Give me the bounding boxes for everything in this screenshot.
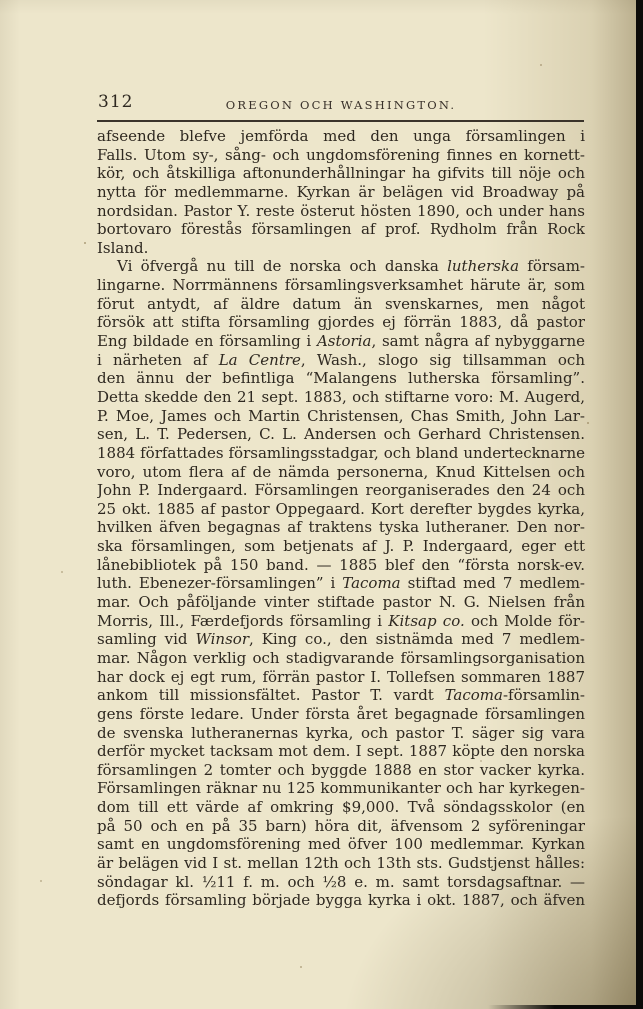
text-line: Eng bildade en församling i Astoria, sam…	[97, 332, 585, 351]
text-line: den ännu der befintliga “Malangens luthe…	[97, 369, 585, 388]
text-line: lånebibliotek på 150 band. — 1885 blef d…	[97, 556, 585, 575]
text-line: har dock ej egt rum, förrän pastor I. To…	[97, 668, 585, 687]
text-line: afseende blefve jemförda med den unga fö…	[97, 127, 585, 146]
scan-edge-bottom	[488, 1005, 636, 1009]
text-line: bortovaro förestås församlingen af prof.…	[97, 220, 585, 239]
text-line: i närheten af La Centre, Wash., slogo si…	[97, 351, 585, 370]
text-line: försök att stifta församling gjordes ej …	[97, 313, 585, 332]
text-line: P. Moe, James och Martin Christensen, Ch…	[97, 407, 585, 426]
text-line: mar. Och påföljande vinter stiftade past…	[97, 593, 585, 612]
text-line: 25 okt. 1885 af pastor Oppegaard. Kort d…	[97, 500, 585, 519]
text-line: söndagar kl. ½11 f. m. och ½8 e. m. samt…	[97, 873, 585, 892]
text-line: mar. Någon verklig och stadigvarande för…	[97, 649, 585, 668]
body-text: afseende blefve jemförda med den unga fö…	[97, 127, 585, 910]
text-line: Församlingen räknar nu 125 kommunikanter…	[97, 779, 585, 798]
book-page: 312 OREGON OCH WASHINGTON. afseende blef…	[0, 0, 636, 1009]
text-line: samt en ungdomsförening med öfver 100 me…	[97, 835, 585, 854]
text-line: voro, utom flera af de nämda personerna,…	[97, 463, 585, 482]
text-line: dom till ett värde af omkring $9,000. Tv…	[97, 798, 585, 817]
text-line: Island.	[97, 239, 585, 258]
text-line: de svenska lutheranernas kyrka, och past…	[97, 724, 585, 743]
text-line: på 50 och en på 35 barn) höra dit, äfven…	[97, 817, 585, 836]
text-line: 1884 författades församlingsstadgar, och…	[97, 444, 585, 463]
text-line: kör, och åtskilliga aftonunderhållningar…	[97, 164, 585, 183]
text-line: defjords församling började bygga kyrka …	[97, 891, 585, 910]
text-line: hvilken äfven begagnas af traktens tyska…	[97, 518, 585, 537]
text-line: nordsidan. Pastor Y. reste österut höste…	[97, 202, 585, 221]
text-line: John P. Indergaard. Församlingen reorgan…	[97, 481, 585, 500]
text-line: nytta för medlemmarne. Kyrkan är belägen…	[97, 183, 585, 202]
header-rule	[97, 120, 584, 122]
running-header: OREGON OCH WASHINGTON.	[97, 98, 585, 112]
text-line: Morris, Ill., Færdefjords församling i K…	[97, 612, 585, 631]
text-line: Detta skedde den 21 sept. 1883, och stif…	[97, 388, 585, 407]
text-line: luth. Ebenezer-församlingen” i Tacoma st…	[97, 574, 585, 593]
paper-specks	[0, 0, 2, 2]
text-line: ankom till missionsfältet. Pastor T. var…	[97, 686, 585, 705]
text-line: sen, L. T. Pedersen, C. L. Andersen och …	[97, 425, 585, 444]
text-line: derför mycket tacksam mot dem. I sept. 1…	[97, 742, 585, 761]
text-line: gens förste ledare. Under första året be…	[97, 705, 585, 724]
text-line: församlingen 2 tomter och byggde 1888 en…	[97, 761, 585, 780]
text-line: Falls. Utom sy-, sång- och ungdomsföreni…	[97, 146, 585, 165]
text-line: förut antydt, af äldre datum än svenskar…	[97, 295, 585, 314]
text-line: är belägen vid I st. mellan 12th och 13t…	[97, 854, 585, 873]
text-line: ska församlingen, som betjenats af J. P.…	[97, 537, 585, 556]
text-line: Vi öfvergå nu till de norska och danska …	[97, 257, 585, 276]
text-line: lingarne. Norrmännens församlingsverksam…	[97, 276, 585, 295]
text-line: samling vid Winsor, King co., den sistnä…	[97, 630, 585, 649]
